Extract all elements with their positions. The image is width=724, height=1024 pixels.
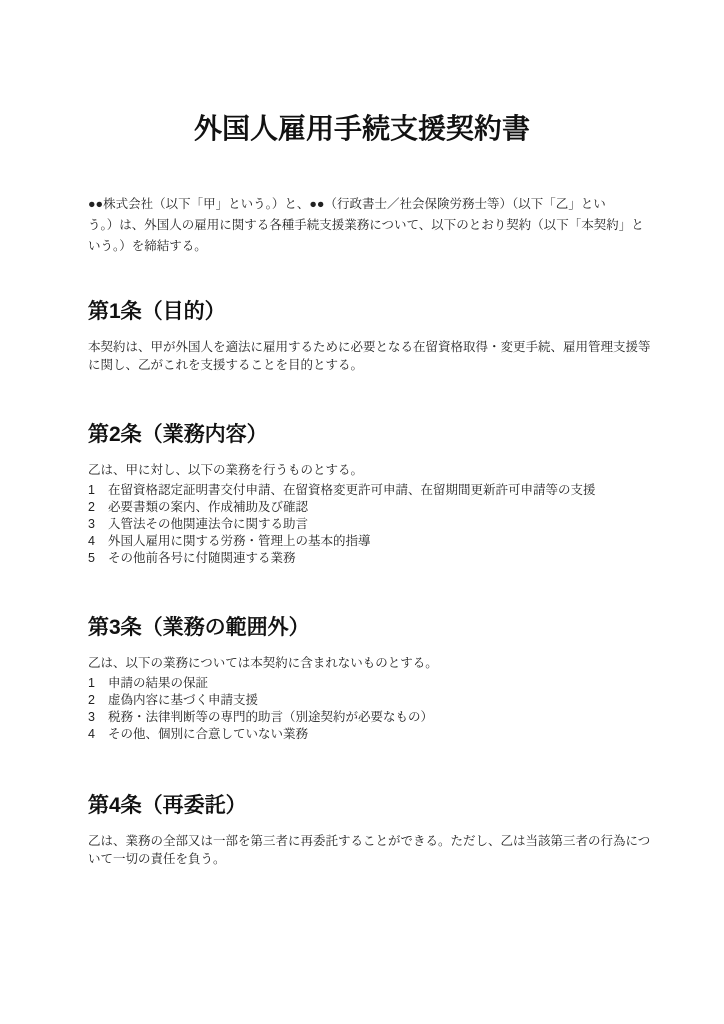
item-text: 外国人雇用に関する労務・管理上の基本的指導 (108, 533, 371, 550)
body-line: 乙は、甲に対し、以下の業務を行うものとする。 (88, 461, 636, 479)
body-line: 乙は、以下の業務については本契約に含まれないものとする。 (88, 654, 636, 672)
item-text: 虚偽内容に基づく申請支援 (108, 692, 258, 709)
item-number: 1 (88, 675, 108, 692)
item-number: 3 (88, 516, 108, 533)
item-text: 必要書類の案内、作成補助及び確認 (108, 499, 308, 516)
list-item: 2 虚偽内容に基づく申請支援 (88, 692, 636, 709)
article-2-item-list: 1 在留資格認定証明書交付申請、在留資格変更許可申請、在留期間更新許可申請等の支… (88, 482, 636, 567)
body-line: 本契約は、甲が外国人を適法に雇用するために必要となる在留資格取得・変更手続、雇用… (88, 338, 636, 356)
item-number: 2 (88, 499, 108, 516)
list-item: 1 申請の結果の保証 (88, 675, 636, 692)
article-4-body: 乙は、業務の全部又は一部を第三者に再委託することができる。ただし、乙は当該第三者… (88, 832, 636, 868)
item-text: 在留資格認定証明書交付申請、在留資格変更許可申請、在留期間更新許可申請等の支援 (108, 482, 596, 499)
article-3-item-list: 1 申請の結果の保証 2 虚偽内容に基づく申請支援 3 税務・法律判断等の専門的… (88, 675, 636, 743)
section-article-4: 第4条（再委託） 乙は、業務の全部又は一部を第三者に再委託することができる。ただ… (88, 793, 636, 868)
article-2-body: 乙は、甲に対し、以下の業務を行うものとする。 (88, 461, 636, 479)
intro-line: ●●株式会社（以下「甲」という。）と、●●（行政書士／社会保険労務士等）（以下「… (88, 194, 636, 215)
intro-line: う。）は、外国人の雇用に関する各種手続支援業務について、以下のとおり契約（以下「… (88, 215, 636, 236)
item-text: 申請の結果の保証 (108, 675, 208, 692)
list-item: 1 在留資格認定証明書交付申請、在留資格変更許可申請、在留期間更新許可申請等の支… (88, 482, 636, 499)
item-number: 4 (88, 533, 108, 550)
article-4-heading: 第4条（再委託） (88, 793, 636, 819)
body-line: に関し、乙がこれを支援することを目的とする。 (88, 356, 636, 374)
item-number: 2 (88, 692, 108, 709)
list-item: 4 外国人雇用に関する労務・管理上の基本的指導 (88, 533, 636, 550)
list-item: 3 税務・法律判断等の専門的助言（別途契約が必要なもの） (88, 709, 636, 726)
body-line: いて一切の責任を負う。 (88, 850, 636, 868)
section-article-3: 第3条（業務の範囲外） 乙は、以下の業務については本契約に含まれないものとする。… (88, 615, 636, 743)
article-3-heading: 第3条（業務の範囲外） (88, 615, 636, 641)
item-number: 3 (88, 709, 108, 726)
item-number: 1 (88, 482, 108, 499)
list-item: 2 必要書類の案内、作成補助及び確認 (88, 499, 636, 516)
section-article-2: 第2条（業務内容） 乙は、甲に対し、以下の業務を行うものとする。 1 在留資格認… (88, 422, 636, 567)
section-article-1: 第1条（目的） 本契約は、甲が外国人を適法に雇用するために必要となる在留資格取得… (88, 299, 636, 374)
item-number: 5 (88, 550, 108, 567)
article-3-body: 乙は、以下の業務については本契約に含まれないものとする。 (88, 654, 636, 672)
list-item: 4 その他、個別に合意していない業務 (88, 726, 636, 743)
contract-document-page: 外国人雇用手続支援契約書 ●●株式会社（以下「甲」という。）と、●●（行政書士／… (0, 0, 724, 1024)
item-number: 4 (88, 726, 108, 743)
article-2-heading: 第2条（業務内容） (88, 422, 636, 448)
document-title: 外国人雇用手続支援契約書 (88, 0, 636, 146)
item-text: その他、個別に合意していない業務 (108, 726, 308, 743)
item-text: 入管法その他関連法令に関する助言 (108, 516, 308, 533)
item-text: 税務・法律判断等の専門的助言（別途契約が必要なもの） (108, 709, 433, 726)
list-item: 5 その他前各号に付随関連する業務 (88, 550, 636, 567)
item-text: その他前各号に付随関連する業務 (108, 550, 296, 567)
article-1-heading: 第1条（目的） (88, 299, 636, 325)
list-item: 3 入管法その他関連法令に関する助言 (88, 516, 636, 533)
article-1-body: 本契約は、甲が外国人を適法に雇用するために必要となる在留資格取得・変更手続、雇用… (88, 338, 636, 374)
body-line: 乙は、業務の全部又は一部を第三者に再委託することができる。ただし、乙は当該第三者… (88, 832, 636, 850)
intro-paragraph: ●●株式会社（以下「甲」という。）と、●●（行政書士／社会保険労務士等）（以下「… (88, 194, 636, 257)
intro-line: いう。）を締結する。 (88, 236, 636, 257)
